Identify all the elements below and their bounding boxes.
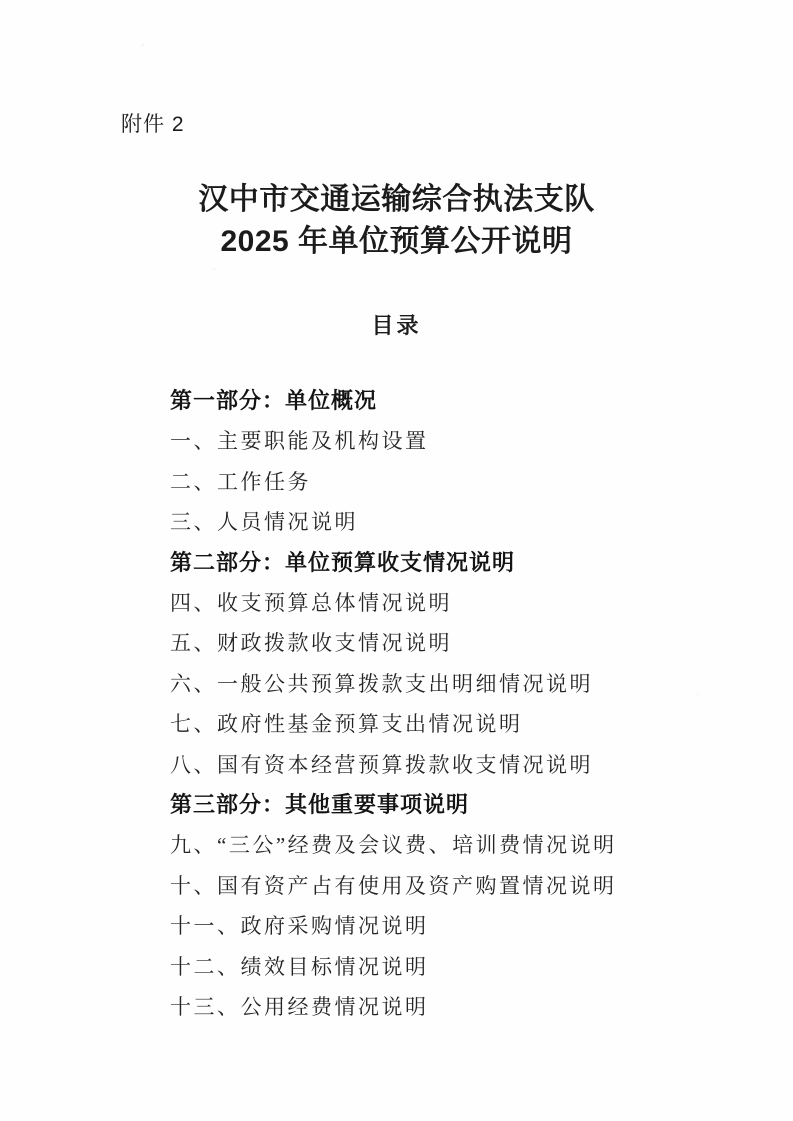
toc-item: 十二、绩效目标情况说明 bbox=[170, 947, 733, 987]
toc-item: 八、国有资本经营预算拨款收支情况说明 bbox=[170, 745, 733, 785]
toc-item: 四、收支预算总体情况说明 bbox=[170, 583, 733, 623]
document-page: 附件 2 汉中市交通运输综合执法支队 2025 年单位预算公开说明 目录 第一部… bbox=[0, 0, 793, 1121]
toc-section-heading: 第一部分：单位概况 bbox=[170, 381, 733, 421]
toc-item: 三、人员情况说明 bbox=[170, 502, 733, 542]
toc-list: 第一部分：单位概况 一、主要职能及机构设置 二、工作任务 三、人员情况说明 第二… bbox=[170, 381, 733, 1028]
toc-item: 十一、政府采购情况说明 bbox=[170, 906, 733, 946]
toc-section-heading: 第二部分：单位预算收支情况说明 bbox=[170, 543, 733, 583]
toc-item: 一、主要职能及机构设置 bbox=[170, 421, 733, 461]
toc-section-heading: 第三部分：其他重要事项说明 bbox=[170, 785, 733, 825]
toc-item: 七、政府性基金预算支出情况说明 bbox=[170, 704, 733, 744]
attachment-label: 附件 2 bbox=[121, 108, 185, 138]
document-title: 汉中市交通运输综合执法支队 2025 年单位预算公开说明 bbox=[0, 179, 793, 263]
document-title-line-1: 汉中市交通运输综合执法支队 bbox=[0, 179, 793, 221]
toc-heading: 目录 bbox=[0, 309, 793, 340]
toc-item: 九、“三公”经费及会议费、培训费情况说明 bbox=[170, 825, 733, 865]
toc-item: 十、国有资产占有使用及资产购置情况说明 bbox=[170, 866, 733, 906]
toc-item: 六、一般公共预算拨款支出明细情况说明 bbox=[170, 664, 733, 704]
toc-item: 十三、公用经费情况说明 bbox=[170, 987, 733, 1027]
toc-item: 五、财政拨款收支情况说明 bbox=[170, 623, 733, 663]
document-title-line-2: 2025 年单位预算公开说明 bbox=[0, 221, 793, 263]
toc-item: 二、工作任务 bbox=[170, 462, 733, 502]
